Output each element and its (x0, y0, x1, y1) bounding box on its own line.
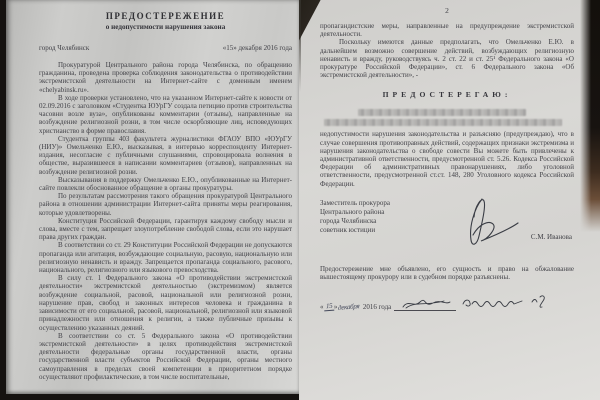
warning-paragraph: недопустимости нарушения законодательств… (320, 130, 574, 187)
year-text: 2016 года (363, 303, 391, 311)
handwritten-day: 15 (323, 302, 334, 312)
paragraph: В соответствии со ст. 29 Конституции Рос… (39, 241, 292, 274)
paragraph: пропагандистские меры, направленные на п… (320, 22, 574, 38)
signature-block: Заместитель прокурора Центрального район… (320, 199, 574, 253)
signer-position-line: Заместитель прокурора (320, 199, 574, 208)
signer-position-line: Центрального района (320, 208, 574, 217)
document-page-2: 2 пропагандистские меры, направленные на… (299, 0, 600, 400)
paragraph: По результатам рассмотрения такого обращ… (39, 192, 292, 217)
paragraph: Высказывания в поддержку Омельченко Е.Ю.… (39, 176, 292, 192)
acknowledgement-signature (394, 302, 456, 311)
paragraph: В силу ст. 1 Федерального закона «О прот… (39, 274, 292, 331)
document-date: «15» декабря 2016 года (223, 44, 292, 52)
paragraph: В ходе проверки установлено, что на указ… (39, 94, 292, 135)
redacted-text-block (324, 119, 562, 126)
redacted-text-block (358, 109, 526, 116)
paragraph: Студентка группы 403 факультета журналис… (39, 135, 292, 176)
document-city: город Челябинск (39, 44, 89, 52)
signer-name: С.М. Иванова (531, 233, 572, 241)
scanned-document-photo: ПРЕДОСТЕРЕЖЕНИЕ о недопустимости нарушен… (0, 0, 600, 400)
photo-edge-shadow (580, 0, 600, 232)
signee-signature (460, 293, 548, 311)
signer-position-line: города Челябинска (320, 217, 574, 226)
document-subtitle: о недопустимости нарушения закона (39, 23, 292, 31)
paragraph: Прокуратурой Центрального района города … (39, 61, 292, 94)
acknowledgement-paragraph: Предостережение мне объявлено, его сущно… (320, 265, 574, 281)
paragraph: Конституция Российской Федерации, гарант… (39, 217, 292, 242)
paragraph: В соответствии со ст. 5 Федерального зак… (39, 332, 292, 381)
paragraph: Поскольку имеются данные предполагать, ч… (320, 38, 574, 79)
city-date-row: город Челябинск «15» декабря 2016 года (39, 44, 292, 52)
acknowledgement-date-line: « 15 » декабря 2016 года (320, 293, 574, 311)
handwritten-month: декабря (338, 302, 360, 312)
warning-heading: ПРЕДОСТЕРЕГАЮ: (320, 90, 574, 99)
document-title: ПРЕДОСТЕРЕЖЕНИЕ (39, 11, 292, 21)
page-number: 2 (320, 6, 574, 15)
prosecutor-signature (458, 193, 522, 258)
document-page-1: ПРЕДОСТЕРЕЖЕНИЕ о недопустимости нарушен… (6, 0, 299, 394)
